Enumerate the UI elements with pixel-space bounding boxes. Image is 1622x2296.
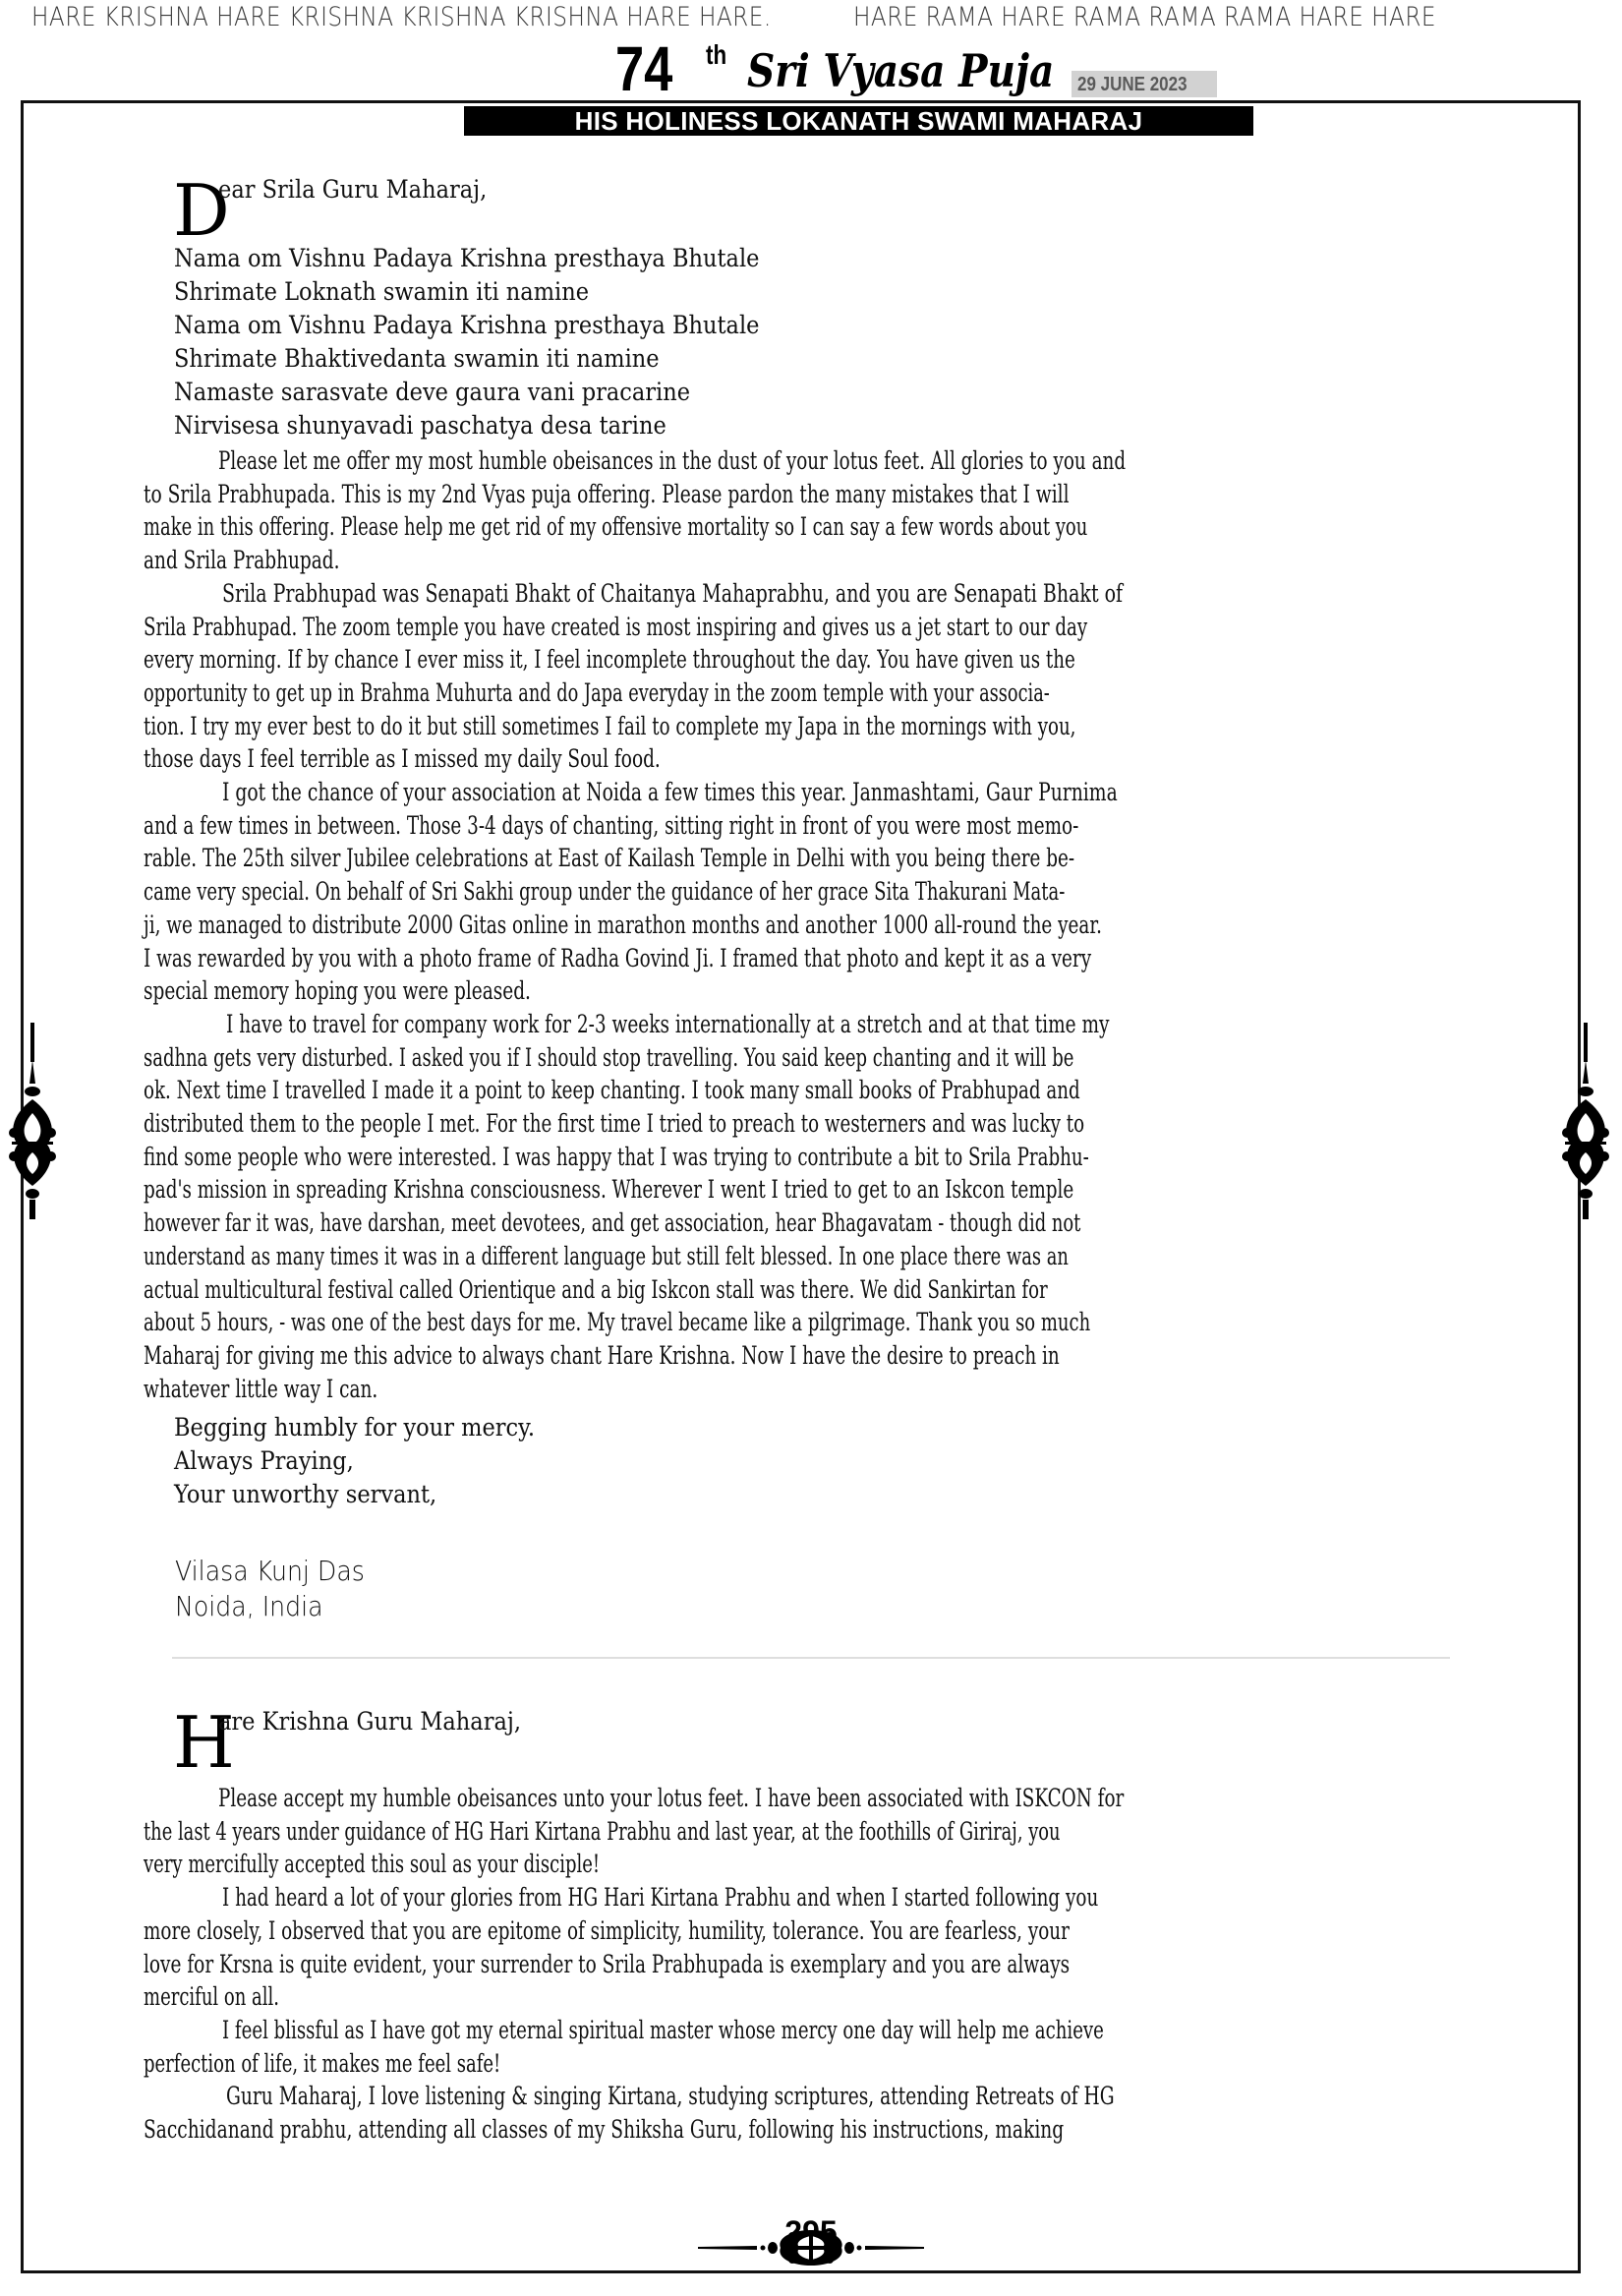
signature-name: Vilasa Kunj Das: [175, 1554, 365, 1589]
mantra-left: HARE KRISHNA HARE KRISHNA KRISHNA KRISHN…: [31, 2, 772, 32]
mantra-right: HARE RAMA HARE RAMA RAMA RAMA HARE HARE: [853, 2, 1436, 32]
body-line: came very special. On behalf of Sri Sakh…: [144, 875, 1065, 908]
date-text: 29 JUNE 2023: [1077, 74, 1188, 95]
verse-line: Nama om Vishnu Padaya Krishna presthaya …: [174, 311, 759, 340]
letter-separator: [172, 1657, 1450, 1659]
body-line: actual multicultural festival called Ori…: [144, 1273, 1048, 1306]
body-line: I had heard a lot of your glories from H…: [222, 1881, 1098, 1913]
body-line: ji, we managed to distribute 2000 Gitas …: [144, 909, 1102, 941]
title-superscript: th: [706, 41, 726, 69]
verse-line: Shrimate Loknath swamin iti namine: [174, 277, 589, 307]
body-line: make in this offering. Please help me ge…: [144, 510, 1087, 543]
closing-line: Begging humbly for your mercy.: [174, 1413, 535, 1442]
verse-line: Namaste sarasvate deve gaura vani pracar…: [174, 378, 690, 407]
body-line: opportunity to get up in Brahma Muhurta …: [144, 677, 1050, 709]
body-line: Maharaj for giving me this advice to alw…: [144, 1339, 1060, 1372]
body-line: ok. Next time I travelled I made it a po…: [144, 1074, 1080, 1106]
body-line: pad's mission in spreading Krishna consc…: [144, 1173, 1073, 1206]
body-line: love for Krsna is quite evident, your su…: [144, 1948, 1070, 1980]
body-line: and a few times in between. Those 3-4 da…: [144, 809, 1078, 842]
left-ornament-icon: [4, 1023, 61, 1219]
body-line: Guru Maharaj, I love listening & singing…: [226, 2080, 1115, 2112]
subtitle-band: HIS HOLINESS LOKANATH SWAMI MAHARAJ: [464, 106, 1253, 136]
right-ornament-icon: [1557, 1023, 1614, 1219]
body-line: Please accept my humble obeisances unto …: [218, 1782, 1124, 1814]
closing-line: Always Praying,: [174, 1446, 354, 1476]
body-line: I was rewarded by you with a photo frame…: [144, 942, 1091, 974]
body-line: the last 4 years under guidance of HG Ha…: [144, 1815, 1061, 1848]
body-line: I got the chance of your association at …: [222, 776, 1118, 808]
title-text: Sri Vyasa Puja: [747, 43, 1054, 98]
body-line: every morning. If by chance I ever miss …: [144, 643, 1075, 676]
bottom-ornament-icon: [698, 2228, 924, 2267]
body-line: distributed them to the people I met. Fo…: [144, 1107, 1084, 1140]
closing-line: Your unworthy servant,: [174, 1480, 436, 1509]
title-number: 74: [615, 37, 672, 100]
body-line: about 5 hours, - was one of the best day…: [144, 1306, 1090, 1338]
body-line: very mercifully accepted this soul as yo…: [144, 1848, 600, 1880]
body-line: understand as many times it was in a dif…: [144, 1240, 1069, 1272]
body-line: sadhna gets very disturbed. I asked you …: [144, 1041, 1073, 1074]
salutation: are Krishna Guru Maharaj,: [218, 1707, 521, 1737]
verse-line: Nirvisesa shunyavadi paschatya desa tari…: [174, 411, 666, 441]
body-line: Srila Prabhupad was Senapati Bhakt of Ch…: [222, 577, 1123, 610]
date-badge: 29 JUNE 2023: [1072, 71, 1217, 97]
body-line: however far it was, have darshan, meet d…: [144, 1207, 1080, 1239]
salutation: ear Srila Guru Maharaj,: [218, 175, 487, 205]
body-line: perfection of life, it makes me feel saf…: [144, 2047, 500, 2080]
body-line: special memory hoping you were pleased.: [144, 974, 531, 1007]
body-line: rable. The 25th silver Jubilee celebrati…: [144, 842, 1074, 874]
body-line: merciful on all.: [144, 1980, 279, 2013]
signature-place: Noida, India: [175, 1589, 323, 1624]
verse-line: Shrimate Bhaktivedanta swamin iti namine: [174, 344, 660, 374]
body-line: Sacchidanand prabhu, attending all class…: [144, 2113, 1064, 2146]
body-line: more closely, I observed that you are ep…: [144, 1914, 1070, 1947]
body-line: and Srila Prabhupad.: [144, 544, 340, 576]
body-line: Srila Prabhupad. The zoom temple you hav…: [144, 611, 1087, 643]
body-line: to Srila Prabhupada. This is my 2nd Vyas…: [144, 478, 1070, 510]
body-line: Please let me offer my most humble obeis…: [218, 444, 1126, 477]
body-line: find some people who were interested. I …: [144, 1141, 1089, 1173]
verse-line: Nama om Vishnu Padaya Krishna presthaya …: [174, 244, 759, 273]
subtitle-text: HIS HOLINESS LOKANATH SWAMI MAHARAJ: [464, 106, 1253, 136]
body-line: tion. I try my ever best to do it but st…: [144, 710, 1075, 742]
body-line: those days I feel terrible as I missed m…: [144, 742, 661, 775]
body-line: I feel blissful as I have got my eternal…: [222, 2014, 1104, 2046]
body-line: whatever little way I can.: [144, 1373, 377, 1405]
mantra-header: HARE KRISHNA HARE KRISHNA KRISHNA KRISHN…: [0, 0, 1622, 33]
body-line: I have to travel for company work for 2-…: [226, 1008, 1109, 1040]
